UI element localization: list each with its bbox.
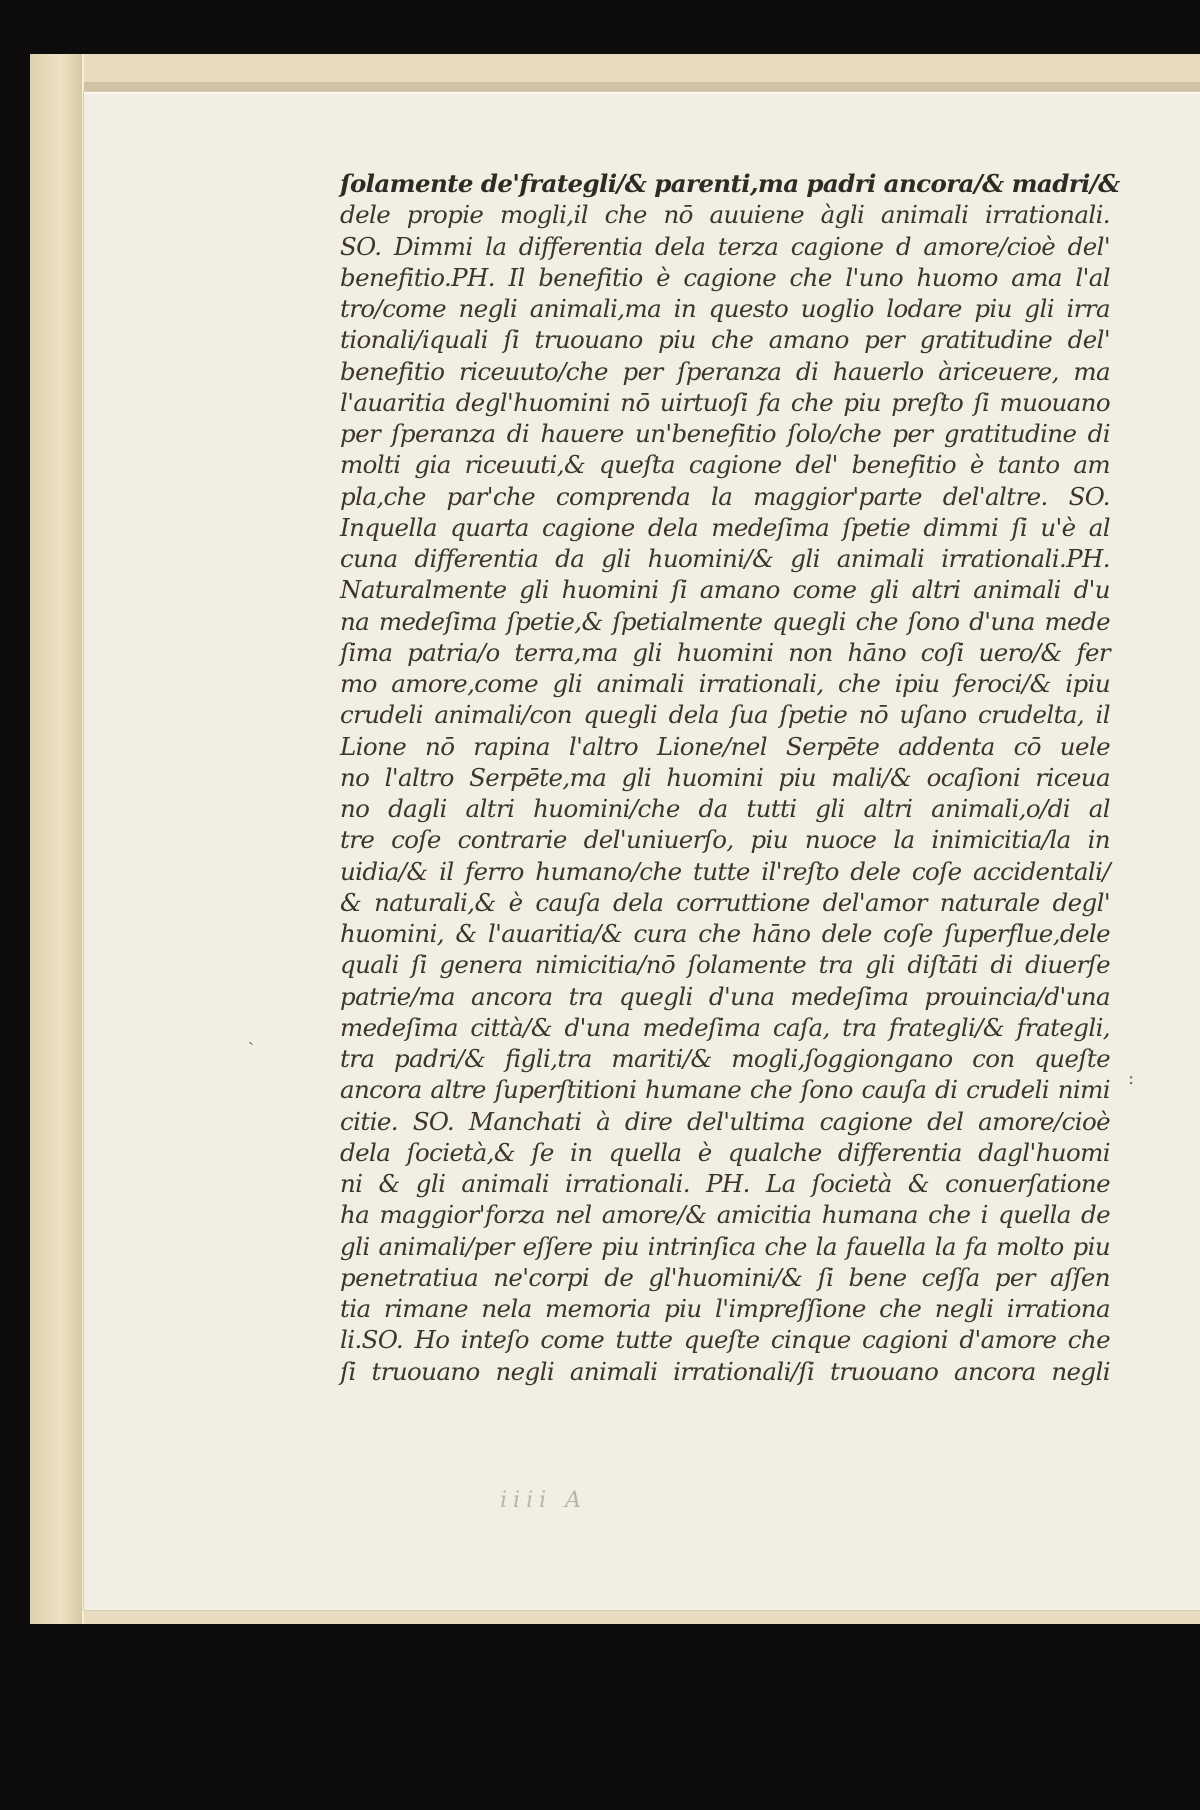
text-line: mo amore,come gli animali irrationali, c… — [340, 668, 1110, 699]
text-line: patrie/ma ancora tra quegli d'una medeſi… — [340, 981, 1110, 1012]
text-line: tionali/iquali ſi truouano piu che amano… — [340, 324, 1110, 355]
text-line: pla,che par'che comprenda la maggior'par… — [340, 481, 1110, 512]
text-line: na medeſima ſpetie,& ſpetialmente quegli… — [340, 606, 1110, 637]
text-line: Inquella quarta cagione dela medeſima ſp… — [340, 512, 1110, 543]
stray-ink-mark: : — [1128, 1068, 1134, 1089]
text-line: dele propie mogli,il che nō auuiene àgli… — [340, 199, 1110, 230]
text-line: huomini, & l'auaritia/& cura che hāno de… — [340, 918, 1110, 949]
text-line: citie. SO. Manchati à dire del'ultima ca… — [340, 1106, 1110, 1137]
signature-mark: iiii A — [500, 1488, 587, 1513]
text-line: ſolamente de'frategli/& parenti,ma padri… — [340, 168, 1110, 199]
text-line: ha maggior'forza nel amore/& amicitia hu… — [340, 1199, 1110, 1230]
text-line: ni & gli animali irrationali. PH. La ſoc… — [340, 1168, 1110, 1199]
text-line: & naturali,& è cauſa dela corruttione de… — [340, 887, 1110, 918]
text-line: tra padri/& figli,tra mariti/& mogli,ſog… — [340, 1043, 1110, 1074]
text-line: tro/come negli animali,ma in questo uogl… — [340, 293, 1110, 324]
text-line: uidia/& il ferro humano/che tutte il'reſ… — [340, 856, 1110, 887]
text-line: tre coſe contrarie del'uniuerſo, piu nuo… — [340, 824, 1110, 855]
text-line: gli animali/per eſſere piu intrinſica ch… — [340, 1231, 1110, 1262]
text-line: no l'altro Serpēte,ma gli huomini piu ma… — [340, 762, 1110, 793]
text-line: benefitio.PH. Il benefitio è cagione che… — [340, 262, 1110, 293]
text-line: Lione nō rapina l'altro Lione/nel Serpēt… — [340, 731, 1110, 762]
text-line: Naturalmente gli huomini ſi amano come g… — [340, 574, 1110, 605]
text-line: cuna differentia da gli huomini/& gli an… — [340, 543, 1110, 574]
stray-ink-mark: ˏ — [248, 1025, 254, 1046]
text-line: l'auaritia degl'huomini nō uirtuoſi fa c… — [340, 387, 1110, 418]
text-line: benefitio riceuuto/che per ſperanza di h… — [340, 356, 1110, 387]
book-spine-edge — [30, 54, 84, 1624]
text-line: medeſima città/& d'una medeſima caſa, tr… — [340, 1012, 1110, 1043]
text-line: quali ſi genera nimicitia/nō ſolamente t… — [340, 949, 1110, 980]
text-line: per ſperanza di hauere un'benefitio ſolo… — [340, 418, 1110, 449]
text-line: crudeli animali/con quegli dela ſua ſpet… — [340, 699, 1110, 730]
text-line: li.SO. Ho inteſo come tutte queſte cinqu… — [340, 1324, 1110, 1355]
text-line: SO. Dimmi la differentia dela terza cagi… — [340, 231, 1110, 262]
text-line: ancora altre ſuperſtitioni humane che ſo… — [340, 1074, 1110, 1105]
text-line: no dagli altri huomini/che da tutti gli … — [340, 793, 1110, 824]
text-line: dela ſocietà,& ſe in quella è qualche di… — [340, 1137, 1110, 1168]
text-line: molti gia riceuuti,& queſta cagione del'… — [340, 449, 1110, 480]
text-line: ſima patria/o terra,ma gli huomini non h… — [340, 637, 1110, 668]
page-text-block: ſolamente de'frategli/& parenti,ma padri… — [340, 168, 1120, 1387]
text-line: ſi truouano negli animali irrationali/ſi… — [340, 1356, 1110, 1387]
text-line: tia rimane nela memoria piu l'impreſſion… — [340, 1293, 1110, 1324]
text-line: penetratiua ne'corpi de gl'huomini/& ſi … — [340, 1262, 1110, 1293]
